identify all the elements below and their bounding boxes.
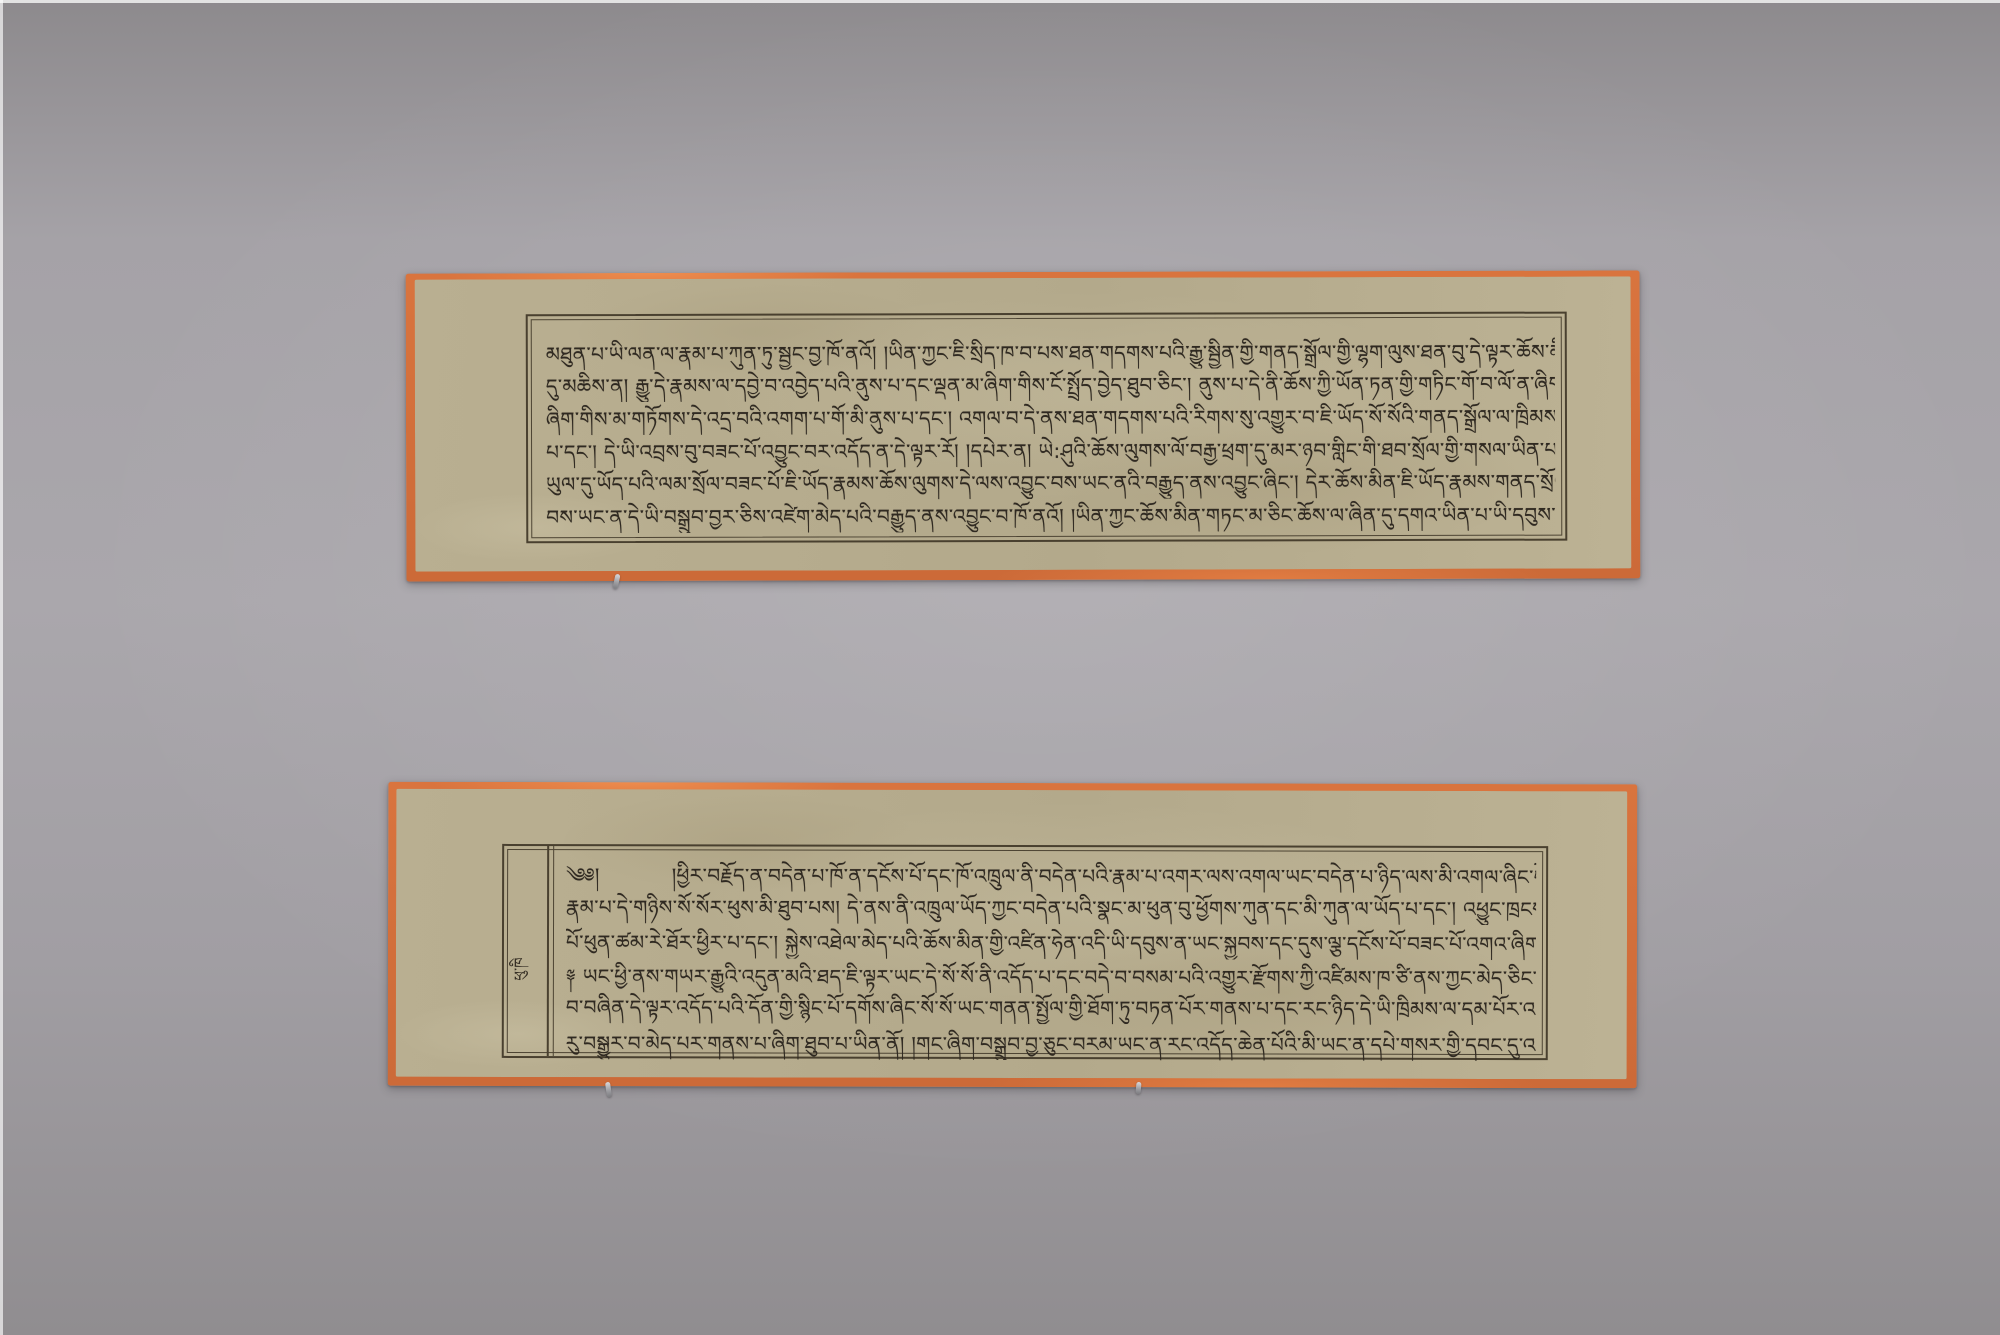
text-line: ཡུལ་དུ་ཡོད་པའི་ལམ་སྲོལ་བཟང་པོ་ཇི་ཡོད་རྣམ… [546, 467, 1555, 501]
mounting-pin [1135, 1082, 1141, 1094]
text-line: བ་བཞིན་དེ་ལྟར་འདོད་པའི་དོན་གྱི་སྙིང་པོ་ད… [566, 992, 1536, 1025]
text-line: ༈ ཡང་ཕྱི་ནས་གཡར་རྒྱུའི་འདུན་མའི་ཐད་ཇི་ལྟ… [566, 961, 1536, 994]
lower-folio-paper: ཕུ་ཁི ༄༅།།ཕྱིར་བརྗོད་ན་བདེན་པ་ཁོ་ན་དངོས་… [396, 789, 1628, 1080]
photo-edge-left [0, 0, 3, 1335]
text-line: ཞིག་གིས་མ་གཏོགས་དེ་འདྲ་བའི་འགག་པ་གོ་མི་ན… [546, 402, 1555, 436]
upper-folio-paper: མཐུན་པ་ཡི་ལན་ལ་རྣམ་པ་ཀུན་ཏུ་སྦྱང་བྱ་ཁོ་ན… [415, 276, 1632, 571]
text-line: རྣམ་པ་དེ་གཉིས་སོ་སོར་ཕུས་མི་ཐུབ་པས། དེ་ན… [566, 892, 1536, 925]
upper-folio-text-frame: མཐུན་པ་ཡི་ལན་ལ་རྣམ་པ་ཀུན་ཏུ་སྦྱང་བྱ་ཁོ་ན… [526, 312, 1568, 544]
folio-margin-label: ཕུ་ཁི [504, 946, 546, 992]
text-line: བས་ཡང་ན་དེ་ཡི་བསྒྲུབ་བྱར་ཅིས་འཛེག་མེད་པའ… [546, 500, 1555, 534]
text-line: ༄༅།།ཕྱིར་བརྗོད་ན་བདེན་པ་ཁོ་ན་དངོས་པོ་དང་… [566, 860, 1536, 893]
text-line: མཐུན་པ་ཡི་ལན་ལ་རྣམ་པ་ཀུན་ཏུ་སྦྱང་བྱ་ཁོ་ན… [546, 337, 1555, 371]
photo-background: མཐུན་པ་ཡི་ལན་ལ་རྣམ་པ་ཀུན་ཏུ་སྦྱང་བྱ་ཁོ་ན… [0, 0, 2000, 1335]
lower-folio-text-frame: ཕུ་ཁི ༄༅།།ཕྱིར་བརྗོད་ན་བདེན་པ་ཁོ་ན་དངོས་… [502, 844, 1548, 1060]
upper-folio: མཐུན་པ་ཡི་ལན་ལ་རྣམ་པ་ཀུན་ཏུ་སྦྱང་བྱ་ཁོ་ན… [406, 270, 1641, 581]
text-line: པོ་ཕུན་ཚམ་རེ་ཐོར་ཕྱིར་པ་དང་། སྐྱེས་འཐེལ་… [566, 927, 1536, 960]
yig-mgo-opening-mark: ༄༅། [566, 863, 600, 887]
lower-folio: ཕུ་ཁི ༄༅།།ཕྱིར་བརྗོད་ན་བདེན་པ་ཁོ་ན་དངོས་… [388, 782, 1638, 1089]
text-line: རུ་བསྒྱུར་བ་མེད་པར་གནས་པ་ཞིག་ཐུབ་པ་ཡིན་ན… [566, 1028, 1536, 1061]
margin-column-divider [547, 846, 554, 1056]
photo-edge-top [0, 0, 2000, 3]
text-line-body: །ཕྱིར་བརྗོད་ན་བདེན་པ་ཁོ་ན་དངོས་པོ་དང་ཁོ་… [672, 863, 1536, 889]
text-line: པ་དང་། དེ་ཡི་འབྲས་བུ་བཟང་པོ་འབྱུང་བར་འདོ… [546, 435, 1555, 469]
text-line: དུ་མཆིས་ན། རྒྱུ་དེ་རྣམས་ལ་དབྱེ་བ་འབྱེད་པ… [546, 369, 1555, 403]
